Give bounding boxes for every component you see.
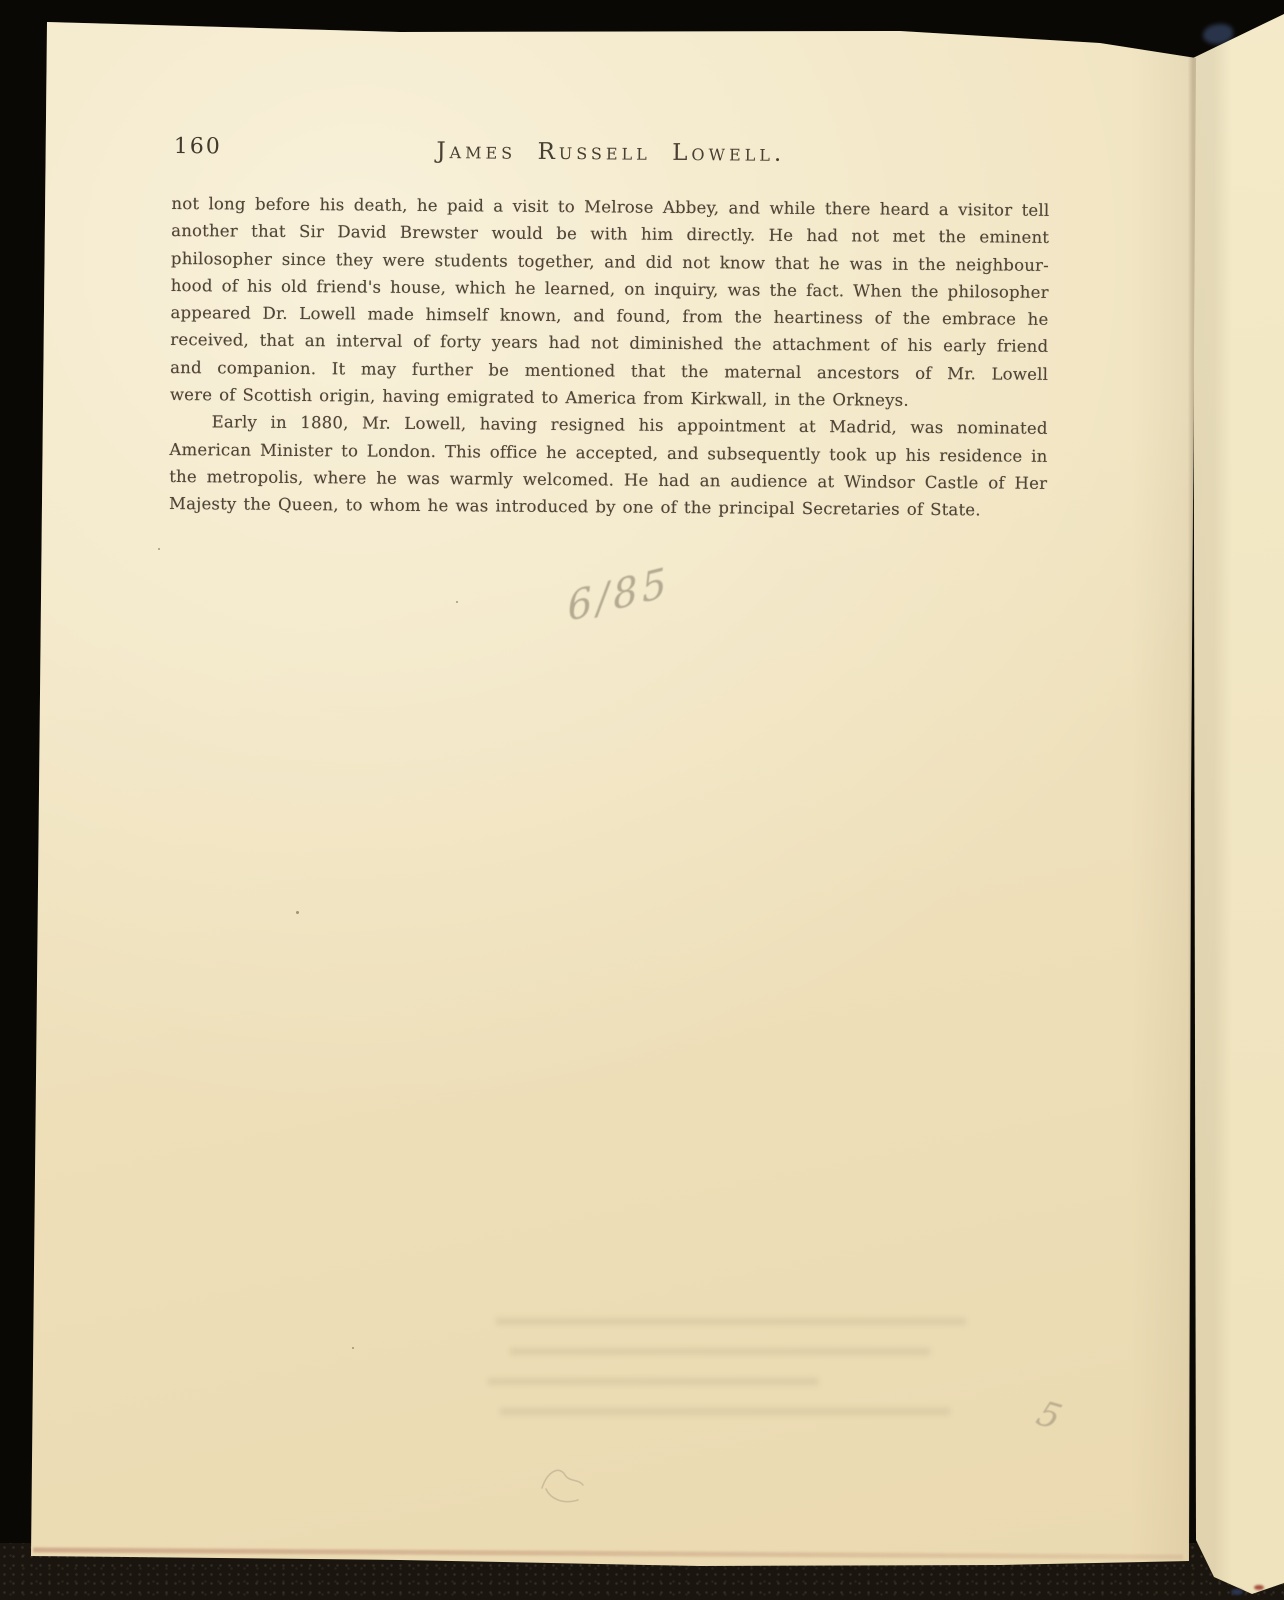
dust-speck	[456, 601, 458, 603]
dust-speck	[158, 548, 160, 550]
cover-edge-red-speck	[1254, 1585, 1264, 1590]
pencil-squiggle-icon	[532, 1458, 598, 1510]
paragraph: not long before his death, he paid a vis…	[170, 190, 1050, 415]
cover-edge-blue-speck	[1231, 1589, 1243, 1595]
dust-speck	[296, 911, 299, 914]
dust-speck	[352, 1347, 354, 1349]
body-text: not long before his death, he paid a vis…	[169, 190, 1050, 524]
paragraph: Early in 1880, Mr. Lowell, having resign…	[169, 408, 1048, 524]
